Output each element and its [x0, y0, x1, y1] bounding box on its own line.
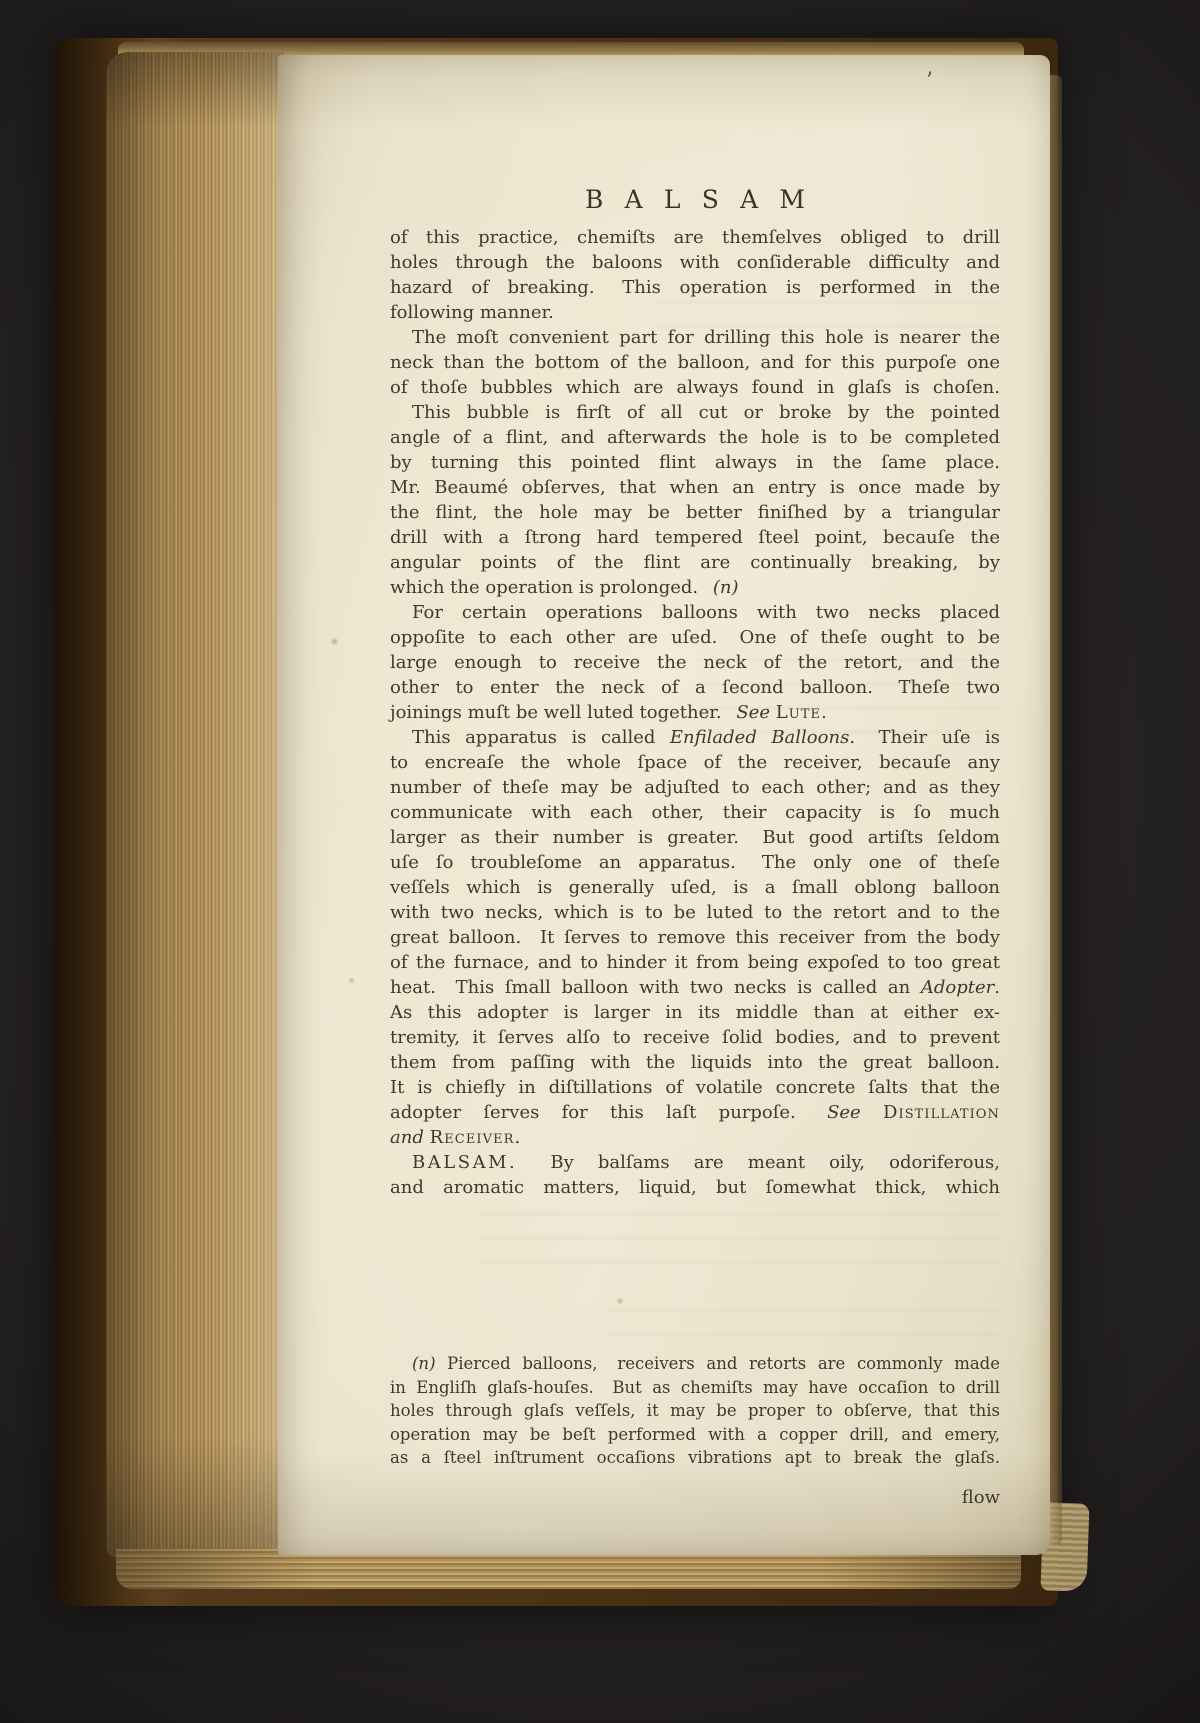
- text-line: drill with a ſtrong hard tempered ſteel …: [390, 525, 1000, 550]
- text-line: the flint, the hole may be better finiſh…: [390, 500, 1000, 525]
- text-line: large enough to receive the neck of the …: [390, 650, 1000, 675]
- text-line: and Receiver.: [390, 1125, 1000, 1150]
- text-line: angle of a flint, and afterwards the hol…: [390, 425, 1000, 450]
- text-line: with two necks, which is to be luted to …: [390, 900, 1000, 925]
- foxing-spot: [348, 977, 355, 984]
- paragraph: This bubble is firſt of all cut or broke…: [390, 400, 1000, 600]
- text-line: hazard of breaking. This operation is pe…: [390, 275, 1000, 300]
- text-line: of the furnace, and to hinder it from be…: [390, 950, 1000, 975]
- text-line: in Engliſh glaſs-houſes. But as chemiſts…: [390, 1376, 1000, 1400]
- text-line: which the operation is prolonged. (n): [390, 575, 1000, 600]
- text-line: of this practice, chemiſts are themſelve…: [390, 225, 1000, 250]
- text-line: communicate with each other, their capac…: [390, 800, 1000, 825]
- text-line: As this adopter is larger in its middle …: [390, 1000, 1000, 1025]
- text-line: joinings muſt be well luted together. Se…: [390, 700, 1000, 725]
- text-line: oppoſite to each other are uſed. One of …: [390, 625, 1000, 650]
- text-line: holes through the baloons with conſidera…: [390, 250, 1000, 275]
- paragraph: This apparatus is called Enfiladed Ballo…: [390, 725, 1000, 1150]
- photo-background: BALSAM ’ of this practice, chemiſts are …: [0, 0, 1200, 1723]
- body-text: of this practice, chemiſts are themſelve…: [390, 225, 1000, 1200]
- text-line: This bubble is firſt of all cut or broke…: [390, 400, 1000, 425]
- handwritten-mark: ’: [926, 69, 933, 94]
- text-line: Mr. Beaumé obſerves, that when an entry …: [390, 475, 1000, 500]
- book-page: BALSAM ’ of this practice, chemiſts are …: [278, 55, 1050, 1555]
- footnote: (n) Pierced balloons, receivers and reto…: [390, 1352, 1000, 1470]
- text-line: them from paſſing with the liquids into …: [390, 1050, 1000, 1075]
- text-line: number of theſe may be adjuſted to each …: [390, 775, 1000, 800]
- text-line: (n) Pierced balloons, receivers and reto…: [390, 1352, 1000, 1376]
- text-line: following manner.: [390, 300, 1000, 325]
- text-line: angular points of the flint are continua…: [390, 550, 1000, 575]
- text-line: other to enter the neck of a ſecond ball…: [390, 675, 1000, 700]
- text-line: holes through glaſs veſſels, it may be p…: [390, 1399, 1000, 1423]
- text-line: veſſels which is generally uſed, is a ſm…: [390, 875, 1000, 900]
- text-line: For certain operations balloons with two…: [390, 600, 1000, 625]
- text-line: The moſt convenient part for drilling th…: [390, 325, 1000, 350]
- text-line: This apparatus is called Enfiladed Ballo…: [390, 725, 1000, 750]
- text-line: operation may be beſt performed with a c…: [390, 1423, 1000, 1447]
- text-line: to encreaſe the whole ſpace of the recei…: [390, 750, 1000, 775]
- text-line: by turning this pointed flint always in …: [390, 450, 1000, 475]
- show-through-smudge: [608, 1305, 998, 1335]
- text-line: larger as their number is greater. But g…: [390, 825, 1000, 850]
- text-line: heat. This ſmall balloon with two necks …: [390, 975, 1000, 1000]
- page-right-edge: [1050, 75, 1062, 1545]
- text-line: of thoſe bubbles which are always found …: [390, 375, 1000, 400]
- page-fore-edge-stack: [106, 52, 284, 1558]
- text-line: as a ſteel inſtrument occaſions vibratio…: [390, 1446, 1000, 1470]
- text-line: adopter ſerves for this laſt purpoſe. Se…: [390, 1100, 1000, 1125]
- text-line: uſe ſo troubleſome an apparatus. The onl…: [390, 850, 1000, 875]
- text-line: It is chiefly in diſtillations of volati…: [390, 1075, 1000, 1100]
- paragraph: BALSAM. By balſams are meant oily, odori…: [390, 1150, 1000, 1200]
- show-through-smudge: [478, 1203, 998, 1263]
- text-line: great balloon. It ſerves to remove this …: [390, 925, 1000, 950]
- foxing-spot: [330, 637, 339, 646]
- text-line: and aromatic matters, liquid, but ſomewh…: [390, 1175, 1000, 1200]
- paragraph: of this practice, chemiſts are themſelve…: [390, 225, 1000, 325]
- text-line: neck than the bottom of the balloon, and…: [390, 350, 1000, 375]
- paragraph: For certain operations balloons with two…: [390, 600, 1000, 725]
- page-bottom-edges: [116, 1549, 1021, 1589]
- catchword: flow: [390, 1487, 1006, 1508]
- foxing-spot: [616, 1297, 624, 1305]
- text-line: tremity, it ſerves alſo to receive ſolid…: [390, 1025, 1000, 1050]
- paragraph: The moſt convenient part for drilling th…: [390, 325, 1000, 400]
- page-header: BALSAM: [390, 185, 1000, 214]
- text-line: BALSAM. By balſams are meant oily, odori…: [390, 1150, 1000, 1175]
